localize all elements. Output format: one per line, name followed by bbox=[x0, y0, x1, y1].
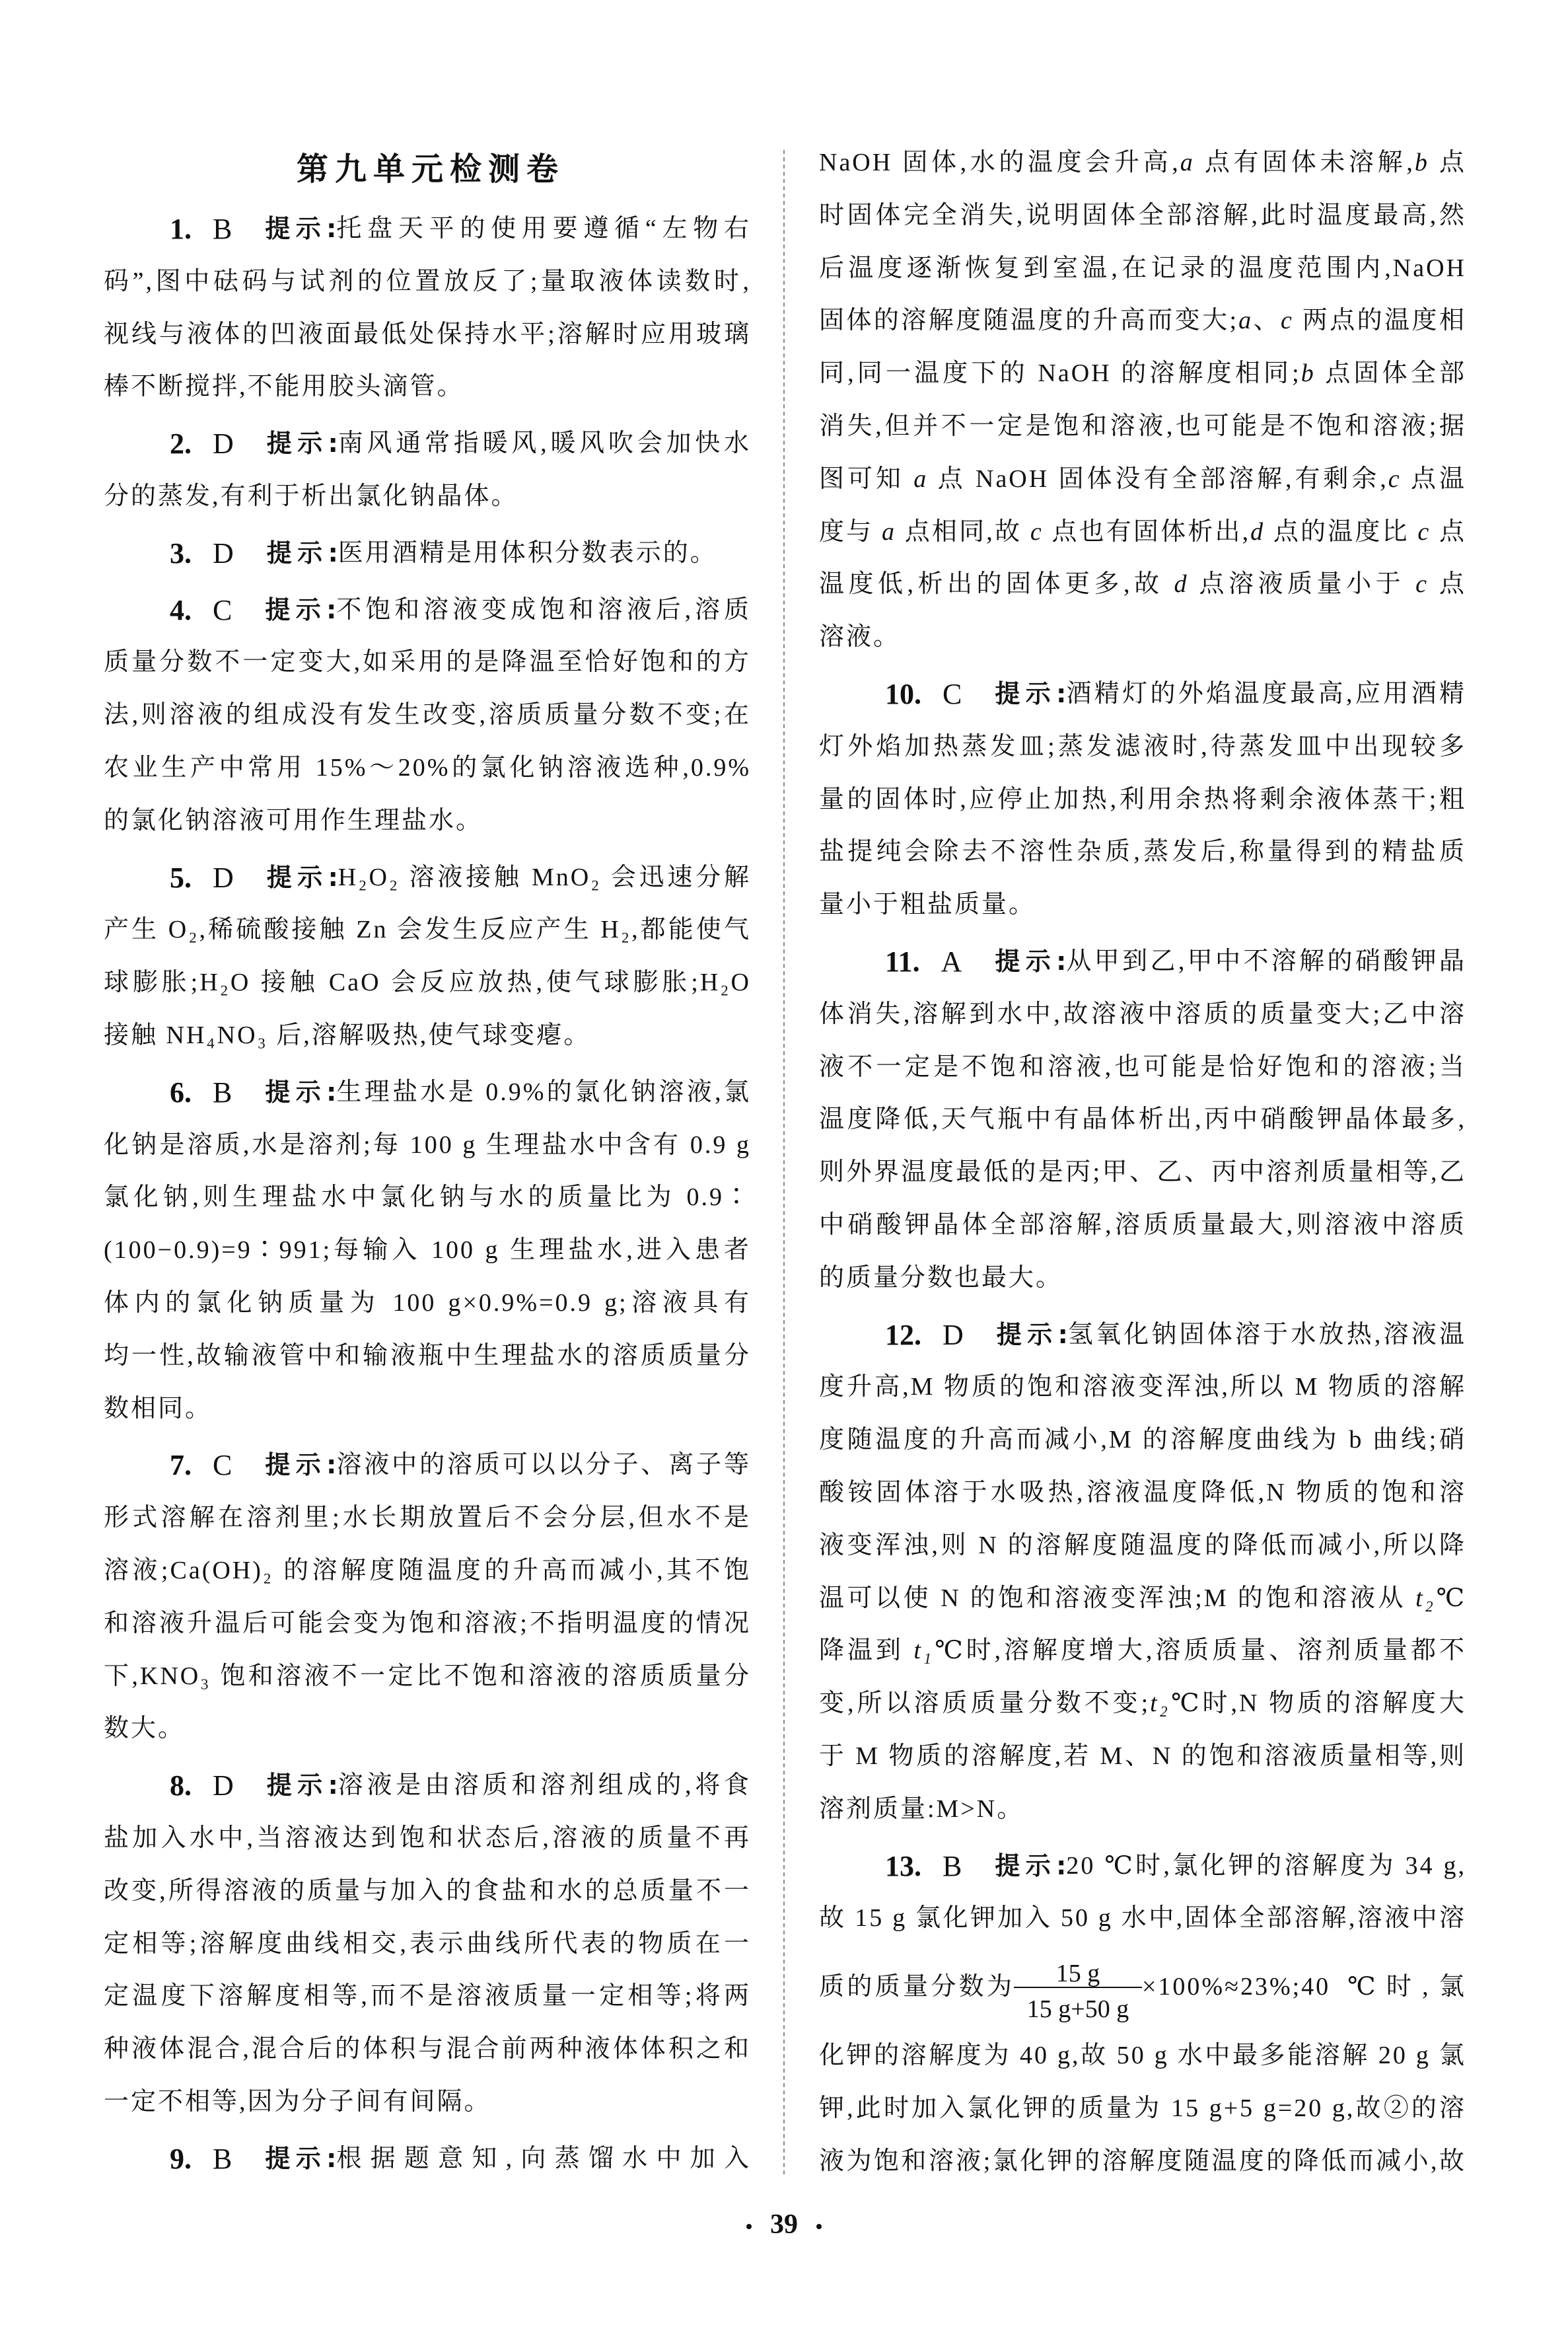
text-segment: 点溶液质量小于 bbox=[1189, 570, 1416, 598]
question-number: 3. bbox=[170, 527, 192, 580]
hint-label: 提示: bbox=[997, 1309, 1068, 1362]
italic-variable: d bbox=[1174, 570, 1189, 598]
answer-line: 法,则溶液的组成没有发生改变,溶质质量分数不变;在 bbox=[104, 689, 751, 742]
question-number: 2. bbox=[170, 418, 192, 470]
hint-text: 溶液是由溶质和溶剂组成的,将食 bbox=[338, 1759, 751, 1812]
answer-line: (100−0.9)=9∶991;每输入 100 g 生理盐水,进入患者 bbox=[104, 1224, 751, 1277]
text-segment: 两点的温度相 bbox=[1294, 307, 1466, 334]
hint-label: 提示: bbox=[265, 203, 336, 256]
answer-choice: B bbox=[943, 1840, 962, 1893]
question-number: 10. bbox=[885, 668, 921, 721]
answer-choice: A bbox=[941, 936, 962, 988]
answer-line: 化钠是溶质,水是溶剂;每 100 g 生理盐水中含有 0.9 g bbox=[104, 1119, 751, 1172]
answer-choice: B bbox=[213, 2133, 232, 2186]
answer-13: 13. B 提示: 20 ℃时,氯化钾的溶解度为 34 g, 故 15 g 氯化… bbox=[819, 1840, 1466, 2188]
text-segment: 点相同,故 bbox=[896, 518, 1030, 546]
answer-line: 固体的溶解度随温度的升高而变大;a、c 两点的温度相 bbox=[819, 295, 1466, 348]
answer-line: 时固体完全消失,说明固体全部溶解,此时温度最高,然 bbox=[819, 190, 1466, 242]
hint-label: 提示: bbox=[267, 1759, 338, 1812]
hint-text: 从甲到乙,甲中不溶解的硝酸钾晶 bbox=[1066, 936, 1466, 988]
fraction-suffix-text: ×100%≈23%;40 ℃时,氯 bbox=[1142, 1945, 1466, 2030]
answer-head-line: 9. B 提示: 根据题意知,向蒸馏水中加入 bbox=[104, 2133, 751, 2186]
answer-head-line: 12. D 提示: 氢氧化钠固体溶于水放热,溶液温 bbox=[819, 1309, 1466, 1362]
text-segment: 点 NaOH 固体没有全部溶解,有剩余, bbox=[928, 465, 1388, 493]
hint-text: 溶液中的溶质可以以分子、离子等 bbox=[336, 1439, 751, 1492]
answer-choice: D bbox=[213, 1759, 234, 1812]
answer-head-line: 10. C 提示: 酒精灯的外焰温度最高,应用酒精 bbox=[819, 668, 1466, 721]
hint-text: 20 ℃时,氯化钾的溶解度为 34 g, bbox=[1066, 1840, 1466, 1893]
answer-line: 温度低,析出的固体更多,故 d 点溶液质量小于 c 点 bbox=[819, 558, 1466, 611]
answer-line: 定相等;溶解度曲线相交,表示曲线所代表的物质在一 bbox=[104, 1918, 751, 1971]
answer-line: 产生 O₂,稀硫酸接触 Zn 会发生反应产生 H₂,都能使气 bbox=[104, 904, 751, 957]
answer-line: 体内的氯化钠质量为 100 g×0.9%=0.9 g;溶液具有 bbox=[104, 1277, 751, 1330]
answer-line: 降温到 t₁℃时,溶解度增大,溶质质量、溶剂质量都不 bbox=[819, 1625, 1466, 1678]
answer-line: 质量分数不一定变大,如采用的是降温至恰好饱和的方 bbox=[104, 636, 751, 689]
answer-line: 钾,此时加入氯化钾的质量为 15 g+5 g=20 g,故②的溶 bbox=[819, 2083, 1466, 2135]
answer-line: 盐提纯会除去不溶性杂质,蒸发后,称量得到的精盐质 bbox=[819, 826, 1466, 879]
italic-variable: b bbox=[1301, 359, 1316, 387]
answer-line: 液变浑浊,则 N 的溶解度随温度的降低而减小,所以降 bbox=[819, 1520, 1466, 1572]
question-number: 4. bbox=[170, 584, 192, 637]
italic-variable: a bbox=[913, 465, 928, 493]
text-segment: 点也有固体析出, bbox=[1044, 518, 1250, 546]
answer-line: 于 M 物质的溶解度,若 M、N 的饱和溶液质量相等,则 bbox=[819, 1730, 1466, 1783]
answer-head-line: 8. D 提示: 溶液是由溶质和溶剂组成的,将食 bbox=[104, 1759, 751, 1812]
answer-line: 氯化钠,则生理盐水中氯化钠与水的质量比为 0.9∶ bbox=[104, 1171, 751, 1224]
text-segment: 点 bbox=[1431, 518, 1466, 546]
answer-line: 形式溶解在溶剂里;水长期放置后不会分层,但水不是 bbox=[104, 1492, 751, 1545]
answer-choice: C bbox=[213, 1439, 232, 1492]
answer-12: 12. D 提示: 氢氧化钠固体溶于水放热,溶液温 度升高,M 物质的饱和溶液变… bbox=[819, 1309, 1466, 1836]
italic-variable: c bbox=[1388, 465, 1402, 493]
italic-variable: t₁ bbox=[913, 1637, 933, 1664]
answer-line: 液不一定是不饱和溶液,也可能是恰好饱和的溶液;当 bbox=[819, 1041, 1466, 1094]
answer-10: 10. C 提示: 酒精灯的外焰温度最高,应用酒精 灯外焰加热蒸发皿;蒸发滤液时… bbox=[819, 668, 1466, 932]
answer-head-line: 6. B 提示: 生理盐水是 0.9%的氯化钠溶液,氯 bbox=[104, 1066, 751, 1119]
answer-head-line: 1. B 提示: 托盘天平的使用要遵循“左物右 bbox=[104, 203, 751, 256]
answer-line: 温度降低,天气瓶中有晶体析出,丙中硝酸钾晶体最多, bbox=[819, 1093, 1466, 1146]
answer-line: 量小于粗盐质量。 bbox=[819, 879, 1466, 932]
italic-variable: d bbox=[1250, 518, 1265, 546]
answer-line: 化钾的溶解度为 40 g,故 50 g 水中最多能溶解 20 g 氯化 bbox=[819, 2030, 1466, 2083]
text-segment: 度与 bbox=[819, 518, 882, 546]
question-number: 9. bbox=[170, 2133, 192, 2186]
hint-text: 生理盐水是 0.9%的氯化钠溶液,氯 bbox=[336, 1066, 751, 1119]
answer-line: 故 15 g 氯化钾加入 50 g 水中,固体全部溶解,溶液中溶 bbox=[819, 1892, 1466, 1945]
hint-text: 氢氧化钠固体溶于水放热,溶液温 bbox=[1068, 1309, 1466, 1362]
italic-variable: c bbox=[1281, 307, 1294, 334]
answer-line: 量的固体时,应停止加热,利用余热将剩余液体蒸干;粗 bbox=[819, 774, 1466, 827]
text-segment: 变,所以溶质质量分数不变; bbox=[819, 1689, 1150, 1717]
fraction-prefix-text: 质的质量分数为 bbox=[819, 1945, 1014, 2030]
text-segment: 点温 bbox=[1402, 465, 1466, 493]
answer-line: 度随温度的升高而减小,M 的溶解度曲线为 b 曲线;硝 bbox=[819, 1414, 1466, 1467]
answer-line: 下,KNO₃ 饱和溶液不一定比不饱和溶液的溶质质量分 bbox=[104, 1650, 751, 1703]
answer-line: 温可以使 N 的饱和溶液变浑浊;M 的饱和溶液从 t₂℃ bbox=[819, 1572, 1466, 1625]
italic-variable: a bbox=[1180, 149, 1195, 176]
answer-5: 5. D 提示: H₂O₂ 溶液接触 MnO₂ 会迅速分解 产生 O₂,稀硫酸接… bbox=[104, 852, 751, 1062]
column-divider bbox=[783, 150, 785, 2175]
answer-2: 2. D 提示: 南风通常指暖风,暖风吹会加快水 分的蒸发,有利于析出氯化钠晶体… bbox=[104, 418, 751, 523]
question-number: 12. bbox=[885, 1309, 921, 1362]
page-number: 39 bbox=[0, 2205, 1568, 2244]
answer-1: 1. B 提示: 托盘天平的使用要遵循“左物右 码”,图中砝码与试剂的位置放反了… bbox=[104, 203, 751, 414]
hint-label: 提示: bbox=[995, 936, 1066, 988]
answer-line: 均一性,故输液管中和输液瓶中生理盐水的溶质质量分 bbox=[104, 1330, 751, 1383]
question-number: 11. bbox=[885, 936, 920, 988]
page-title: 第九单元检测卷 bbox=[104, 143, 751, 196]
text-segment: ℃ bbox=[1435, 1584, 1466, 1612]
hint-text: H₂O₂ 溶液接触 MnO₂ 会迅速分解 bbox=[338, 852, 751, 904]
question-number: 1. bbox=[170, 203, 192, 256]
answer-8: 8. D 提示: 溶液是由溶质和溶剂组成的,将食 盐加入水中,当溶液达到饱和状态… bbox=[104, 1759, 751, 2129]
answer-line: 棒不断搅拌,不能用胶头滴管。 bbox=[104, 361, 751, 414]
answer-line: 度升高,M 物质的饱和溶液变浑浊,所以 M 物质的溶解 bbox=[819, 1361, 1466, 1414]
text-segment: ℃时,溶解度增大,溶质质量、溶剂质量都不 bbox=[933, 1637, 1466, 1664]
page-number-dot bbox=[746, 2224, 752, 2229]
answer-head-line: 4. C 提示: 不饱和溶液变成饱和溶液后,溶质 bbox=[104, 584, 751, 637]
hint-label: 提示: bbox=[265, 584, 336, 637]
answer-choice: C bbox=[943, 668, 962, 721]
question-number: 7. bbox=[170, 1439, 192, 1492]
text-segment: 点的温度比 bbox=[1265, 518, 1417, 546]
fraction-denominator: 15 g+50 g bbox=[1014, 1995, 1142, 2024]
italic-variable: t₂ bbox=[1415, 1584, 1435, 1612]
answer-line: 农业生产中常用 15%～20%的氯化钠溶液选种,0.9% bbox=[104, 742, 751, 795]
hint-text: 托盘天平的使用要遵循“左物右 bbox=[336, 203, 751, 256]
answer-9: 9. B 提示: 根据题意知,向蒸馏水中加入 bbox=[104, 2133, 751, 2186]
answer-line: 体消失,溶解到水中,故溶液中溶质的质量变大;乙中溶 bbox=[819, 988, 1466, 1041]
answer-line: 种液体混合,混合后的体积与混合前两种液体体积之和 bbox=[104, 2023, 751, 2076]
answer-line: 一定不相等,因为分子间有间隔。 bbox=[104, 2076, 751, 2129]
answer-line: 定温度下溶解度相等,而不是溶液质量一定相等;将两 bbox=[104, 1970, 751, 2023]
answer-line: 和溶液升温后可能会变为饱和溶液;不指明温度的情况 bbox=[104, 1598, 751, 1650]
answer-line: 改变,所得溶液的质量与加入的食盐和水的总质量不一 bbox=[104, 1865, 751, 1918]
answer-head-line: 7. C 提示: 溶液中的溶质可以以分子、离子等 bbox=[104, 1439, 751, 1492]
fraction-numerator: 15 g bbox=[1014, 1959, 1142, 1988]
answer-line: 分的蒸发,有利于析出氯化钠晶体。 bbox=[104, 470, 751, 523]
left-column: 第九单元检测卷 1. B 提示: 托盘天平的使用要遵循“左物右 码”,图中砝码与… bbox=[104, 143, 751, 2186]
answer-9-continued: NaOH 固体,水的温度会升高,a 点有固体未溶解,b 点 时固体完全消失,说明… bbox=[819, 137, 1466, 664]
answer-4: 4. C 提示: 不饱和溶液变成饱和溶液后,溶质 质量分数不一定变大,如采用的是… bbox=[104, 584, 751, 848]
answer-line: 后温度逐渐恢复到室温,在记录的温度范围内,NaOH bbox=[819, 242, 1466, 295]
italic-variable: a bbox=[882, 518, 896, 546]
text-segment: 温可以使 N 的饱和溶液变浑浊;M 的饱和溶液从 bbox=[819, 1584, 1415, 1612]
answer-line: 溶液。 bbox=[819, 611, 1466, 664]
hint-label: 提示: bbox=[995, 1840, 1066, 1893]
question-number: 8. bbox=[170, 1759, 192, 1812]
text-segment: ℃时,N 物质的溶解度大 bbox=[1170, 1689, 1466, 1717]
answer-choice: C bbox=[213, 584, 232, 637]
hint-label: 提示: bbox=[265, 1066, 336, 1119]
text-segment: 、 bbox=[1253, 307, 1281, 334]
italic-variable: t₂ bbox=[1150, 1689, 1170, 1717]
answer-head-line: 3. D 提示: 医用酒精是用体积分数表示的。 bbox=[104, 527, 751, 580]
answer-6: 6. B 提示: 生理盐水是 0.9%的氯化钠溶液,氯 化钠是溶质,水是溶剂;每… bbox=[104, 1066, 751, 1436]
text-segment: 图可知 bbox=[819, 465, 913, 493]
hint-label: 提示: bbox=[995, 668, 1066, 721]
answer-line: 视线与液体的凹液面最低处保持水平;溶解时应用玻璃 bbox=[104, 309, 751, 361]
answer-head-line: 11. A 提示: 从甲到乙,甲中不溶解的硝酸钾晶 bbox=[819, 936, 1466, 988]
text-segment: 温度低,析出的固体更多,故 bbox=[819, 570, 1174, 598]
italic-variable: c bbox=[1415, 570, 1429, 598]
fraction-bar bbox=[1014, 1987, 1142, 1988]
text-segment: 点 bbox=[1429, 149, 1466, 176]
text-segment: 点固体全部 bbox=[1316, 359, 1466, 387]
answer-choice: B bbox=[213, 203, 232, 256]
answer-line: 码”,图中砝码与试剂的位置放反了;量取液体读数时, bbox=[104, 256, 751, 309]
text-segment: 固体的溶解度随温度的升高而变大; bbox=[819, 307, 1238, 334]
answer-line: 溶液;Ca(OH)₂ 的溶解度随温度的升高而减小,其不饱 bbox=[104, 1545, 751, 1598]
answer-line: 数大。 bbox=[104, 1703, 751, 1755]
answer-line-with-fraction: 质的质量分数为 15 g 15 g+50 g ×100%≈23%;40 ℃时,氯 bbox=[819, 1945, 1466, 2030]
text-segment: 降温到 bbox=[819, 1637, 913, 1664]
question-number: 6. bbox=[170, 1066, 192, 1119]
answer-line: 球膨胀;H₂O 接触 CaO 会反应放热,使气球膨胀;H₂O bbox=[104, 957, 751, 1010]
answer-choice: D bbox=[213, 418, 234, 470]
answer-line: 的质量分数也最大。 bbox=[819, 1252, 1466, 1305]
answer-7: 7. C 提示: 溶液中的溶质可以以分子、离子等 形式溶解在溶剂里;水长期放置后… bbox=[104, 1439, 751, 1755]
answer-11: 11. A 提示: 从甲到乙,甲中不溶解的硝酸钾晶 体消失,溶解到水中,故溶液中… bbox=[819, 936, 1466, 1305]
hint-text: 根据题意知,向蒸馏水中加入 bbox=[336, 2133, 751, 2186]
answer-line: 图可知 a 点 NaOH 固体没有全部溶解,有剩余,c 点温 bbox=[819, 453, 1466, 506]
answer-head-line: 2. D 提示: 南风通常指暖风,暖风吹会加快水 bbox=[104, 418, 751, 470]
italic-variable: c bbox=[1417, 518, 1431, 546]
question-number: 13. bbox=[885, 1840, 921, 1893]
answer-head-line: 5. D 提示: H₂O₂ 溶液接触 MnO₂ 会迅速分解 bbox=[104, 852, 751, 904]
answer-3: 3. D 提示: 医用酒精是用体积分数表示的。 bbox=[104, 527, 751, 580]
text-segment: 点 bbox=[1429, 570, 1466, 598]
answer-choice: D bbox=[943, 1309, 964, 1362]
hint-text: 不饱和溶液变成饱和溶液后,溶质 bbox=[336, 584, 751, 637]
italic-variable: b bbox=[1415, 149, 1429, 176]
answer-line: NaOH 固体,水的温度会升高,a 点有固体未溶解,b 点 bbox=[819, 137, 1466, 190]
hint-text: 南风通常指暖风,暖风吹会加快水 bbox=[338, 418, 751, 470]
answer-line: 的氯化钠溶液可用作生理盐水。 bbox=[104, 795, 751, 848]
hint-label: 提示: bbox=[265, 1439, 336, 1492]
answer-line: 溶剂质量:M>N。 bbox=[819, 1783, 1466, 1836]
page-number-dot bbox=[816, 2224, 822, 2229]
answer-head-line: 13. B 提示: 20 ℃时,氯化钾的溶解度为 34 g, bbox=[819, 1840, 1466, 1893]
answer-line: 变,所以溶质质量分数不变;t₂℃时,N 物质的溶解度大 bbox=[819, 1678, 1466, 1730]
italic-variable: a bbox=[1238, 307, 1253, 334]
answer-line: 盐加入水中,当溶液达到饱和状态后,溶液的质量不再 bbox=[104, 1812, 751, 1865]
answer-line: 酸铵固体溶于水吸热,溶液温度降低,N 物质的饱和溶 bbox=[819, 1467, 1466, 1520]
page-number-text: 39 bbox=[770, 2209, 798, 2240]
right-column: NaOH 固体,水的温度会升高,a 点有固体未溶解,b 点 时固体完全消失,说明… bbox=[819, 137, 1466, 2188]
answer-choice: B bbox=[213, 1066, 232, 1119]
answer-line: 液为饱和溶液;氯化钾的溶解度随温度的降低而减小,故 bbox=[819, 2135, 1466, 2188]
answer-line: 灯外焰加热蒸发皿;蒸发滤液时,待蒸发皿中出现较多 bbox=[819, 721, 1466, 774]
answer-choice: D bbox=[213, 527, 234, 580]
hint-text: 酒精灯的外焰温度最高,应用酒精 bbox=[1066, 668, 1466, 721]
text-segment: 同,同一温度下的 NaOH 的溶解度相同; bbox=[819, 359, 1301, 387]
hint-label: 提示: bbox=[265, 2133, 336, 2186]
answer-line: 中硝酸钾晶体全部溶解,溶质质量最大,则溶液中溶质 bbox=[819, 1199, 1466, 1252]
answer-line: 消失,但并不一定是饱和溶液,也可能是不饱和溶液;据 bbox=[819, 400, 1466, 453]
italic-variable: c bbox=[1030, 518, 1044, 546]
answer-line: 接触 NH₄NO₃ 后,溶解吸热,使气球变瘪。 bbox=[104, 1010, 751, 1062]
answer-line: 度与 a 点相同,故 c 点也有固体析出,d 点的温度比 c 点 bbox=[819, 506, 1466, 559]
answer-choice: D bbox=[213, 852, 234, 904]
hint-label: 提示: bbox=[267, 418, 338, 470]
answer-line: 则外界温度最低的是丙;甲、乙、丙中溶剂质量相等,乙 bbox=[819, 1146, 1466, 1199]
hint-text: 医用酒精是用体积分数表示的。 bbox=[338, 527, 751, 580]
text-segment: NaOH 固体,水的温度会升高, bbox=[819, 149, 1180, 176]
answer-line: 同,同一温度下的 NaOH 的溶解度相同;b 点固体全部 bbox=[819, 348, 1466, 400]
hint-label: 提示: bbox=[267, 527, 338, 580]
question-number: 5. bbox=[170, 852, 192, 904]
fraction: 15 g 15 g+50 g bbox=[1014, 1945, 1142, 2030]
answer-line: 数相同。 bbox=[104, 1383, 751, 1436]
hint-label: 提示: bbox=[267, 852, 338, 904]
text-segment: 点有固体未溶解, bbox=[1195, 149, 1415, 176]
